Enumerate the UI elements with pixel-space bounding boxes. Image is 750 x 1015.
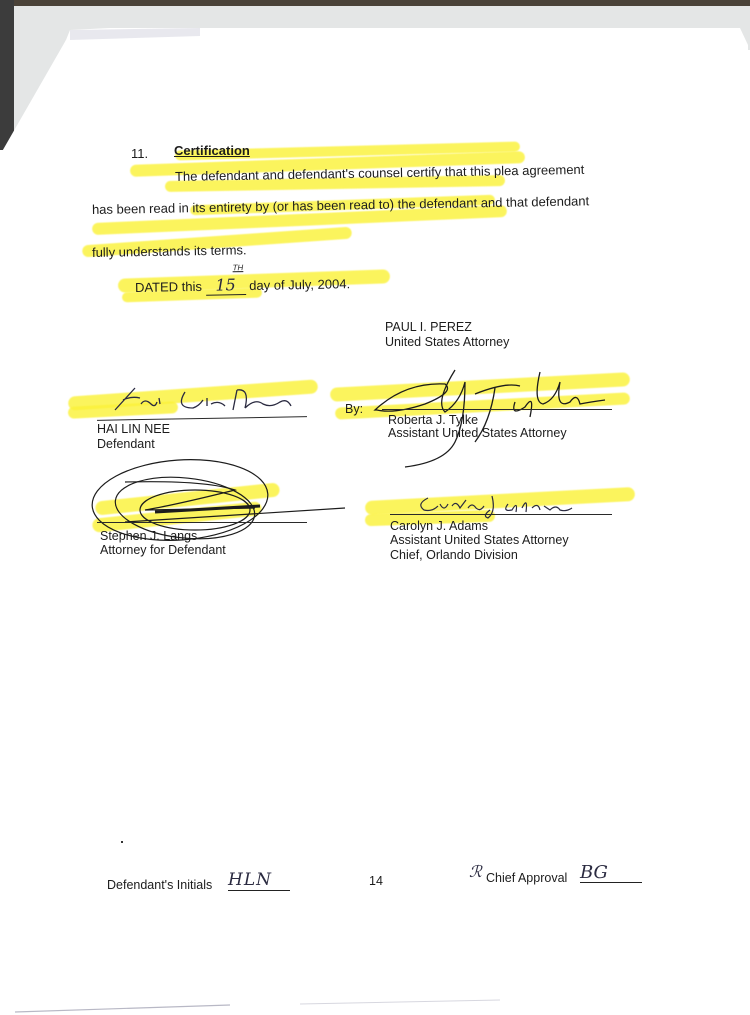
dated-line: DATED this 15 TH day of July, 2004. (135, 273, 350, 297)
dated-prefix: DATED this (135, 279, 202, 295)
scan-speck (121, 841, 123, 843)
page-number: 14 (369, 874, 383, 888)
chief-approval-mark: ℛ (469, 862, 482, 881)
dated-day-suffix: TH (232, 263, 243, 272)
us-attorney-title: United States Attorney (385, 335, 509, 349)
by-label: By: (345, 402, 363, 416)
certification-paragraph-line-3: fully understands its terms. (92, 242, 247, 260)
chief-approval-label: Chief Approval (486, 871, 567, 885)
initials-label: Defendant's Initials (107, 878, 212, 892)
tylke-signature-line (382, 409, 612, 410)
section-number: 11. (131, 146, 148, 161)
adams-name: Carolyn J. Adams (390, 519, 488, 533)
langs-name: Stephen J. Langs (100, 529, 197, 543)
dated-suffix: day of July, 2004. (249, 276, 350, 293)
chief-approval-handwritten: BG (580, 862, 608, 883)
langs-title: Attorney for Defendant (100, 543, 226, 557)
adams-subtitle: Chief, Orlando Division (390, 548, 518, 562)
defendant-title: Defendant (97, 437, 155, 451)
defendant-signature (95, 378, 315, 418)
adams-title: Assistant United States Attorney (390, 533, 569, 547)
section-heading: Certification (174, 143, 250, 158)
us-attorney-name: PAUL I. PEREZ (385, 320, 472, 334)
langs-signature-line (97, 522, 307, 523)
initials-handwritten: HLN (228, 870, 272, 890)
adams-signature (410, 490, 590, 520)
adams-signature-line (390, 514, 612, 515)
tylke-name: Roberta J. Tylke (388, 413, 478, 427)
dated-day-handwritten: 15 (215, 275, 236, 294)
tylke-title: Assistant United States Attorney (388, 426, 567, 440)
dated-day-blank: 15 TH (205, 275, 245, 296)
initials-blank: HLN (228, 870, 290, 891)
defendant-name: HAI LIN NEE (97, 422, 170, 436)
chief-approval-blank: BG (580, 862, 642, 883)
